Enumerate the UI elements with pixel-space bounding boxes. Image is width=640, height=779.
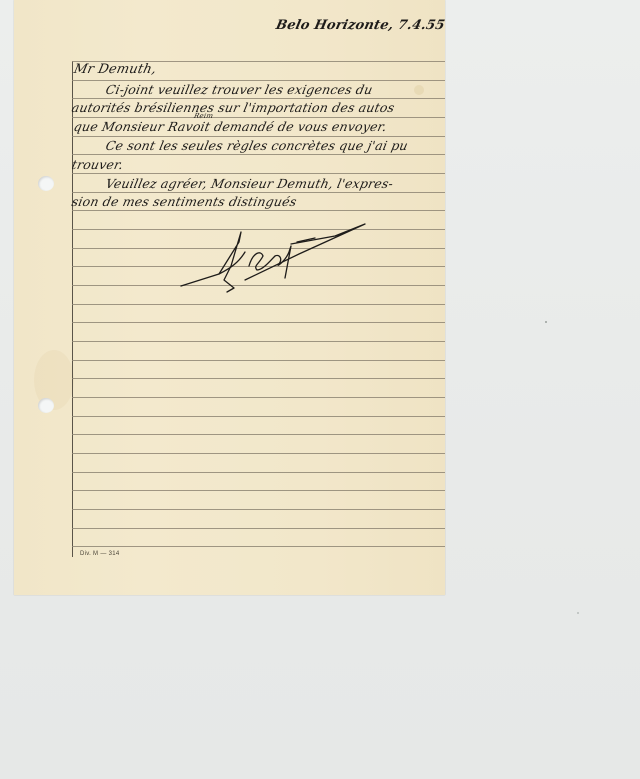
ruled-line — [72, 416, 445, 417]
scan-speck — [545, 321, 547, 323]
ruled-line — [72, 341, 445, 342]
signature — [179, 222, 369, 294]
ruled-line — [72, 117, 445, 118]
ruled-line — [72, 173, 445, 174]
ruled-line — [72, 453, 445, 454]
ruled-line — [72, 378, 445, 379]
place-date: Belo Horizonte, 7.4.55 — [274, 18, 446, 33]
body-line-3: que Monsieur Ravoit demandé de vous envo… — [72, 119, 388, 134]
punch-hole-bottom — [38, 398, 54, 413]
ruled-line — [72, 397, 445, 398]
ruled-line — [72, 546, 445, 547]
ruled-line — [72, 434, 445, 435]
ruled-line — [72, 154, 445, 155]
body-line-5: trouver. — [70, 157, 124, 172]
ruled-line — [72, 136, 445, 137]
ruled-line — [72, 80, 445, 81]
ruled-line — [72, 509, 445, 510]
punch-hole-top — [38, 176, 54, 191]
form-code: Div. M — 314 — [80, 551, 120, 557]
ruled-line — [72, 304, 445, 305]
ruled-line — [72, 360, 445, 361]
ruled-line — [72, 490, 445, 491]
ruled-line — [72, 472, 445, 473]
letter-sheet: Belo Horizonte, 7.4.55 Mr Demuth, Ci-joi… — [14, 0, 445, 595]
ruled-line — [72, 528, 445, 529]
body-line-1: Ci-joint veuillez trouver les exigences … — [104, 82, 374, 97]
body-line-7: sion de mes sentiments distingués — [70, 194, 298, 209]
salutation: Mr Demuth, — [72, 62, 157, 77]
paper-stain — [414, 85, 424, 95]
body-line-6: Veuillez agréer, Monsieur Demuth, l'expr… — [104, 176, 394, 191]
ruled-line — [72, 322, 445, 323]
body-line-4: Ce sont les seules règles concrètes que … — [104, 138, 409, 153]
scan-speck — [577, 612, 579, 614]
ruled-line — [72, 192, 445, 193]
body-line-2: autorités brésiliennes sur l'importation… — [70, 100, 396, 115]
ruled-line — [72, 210, 445, 211]
